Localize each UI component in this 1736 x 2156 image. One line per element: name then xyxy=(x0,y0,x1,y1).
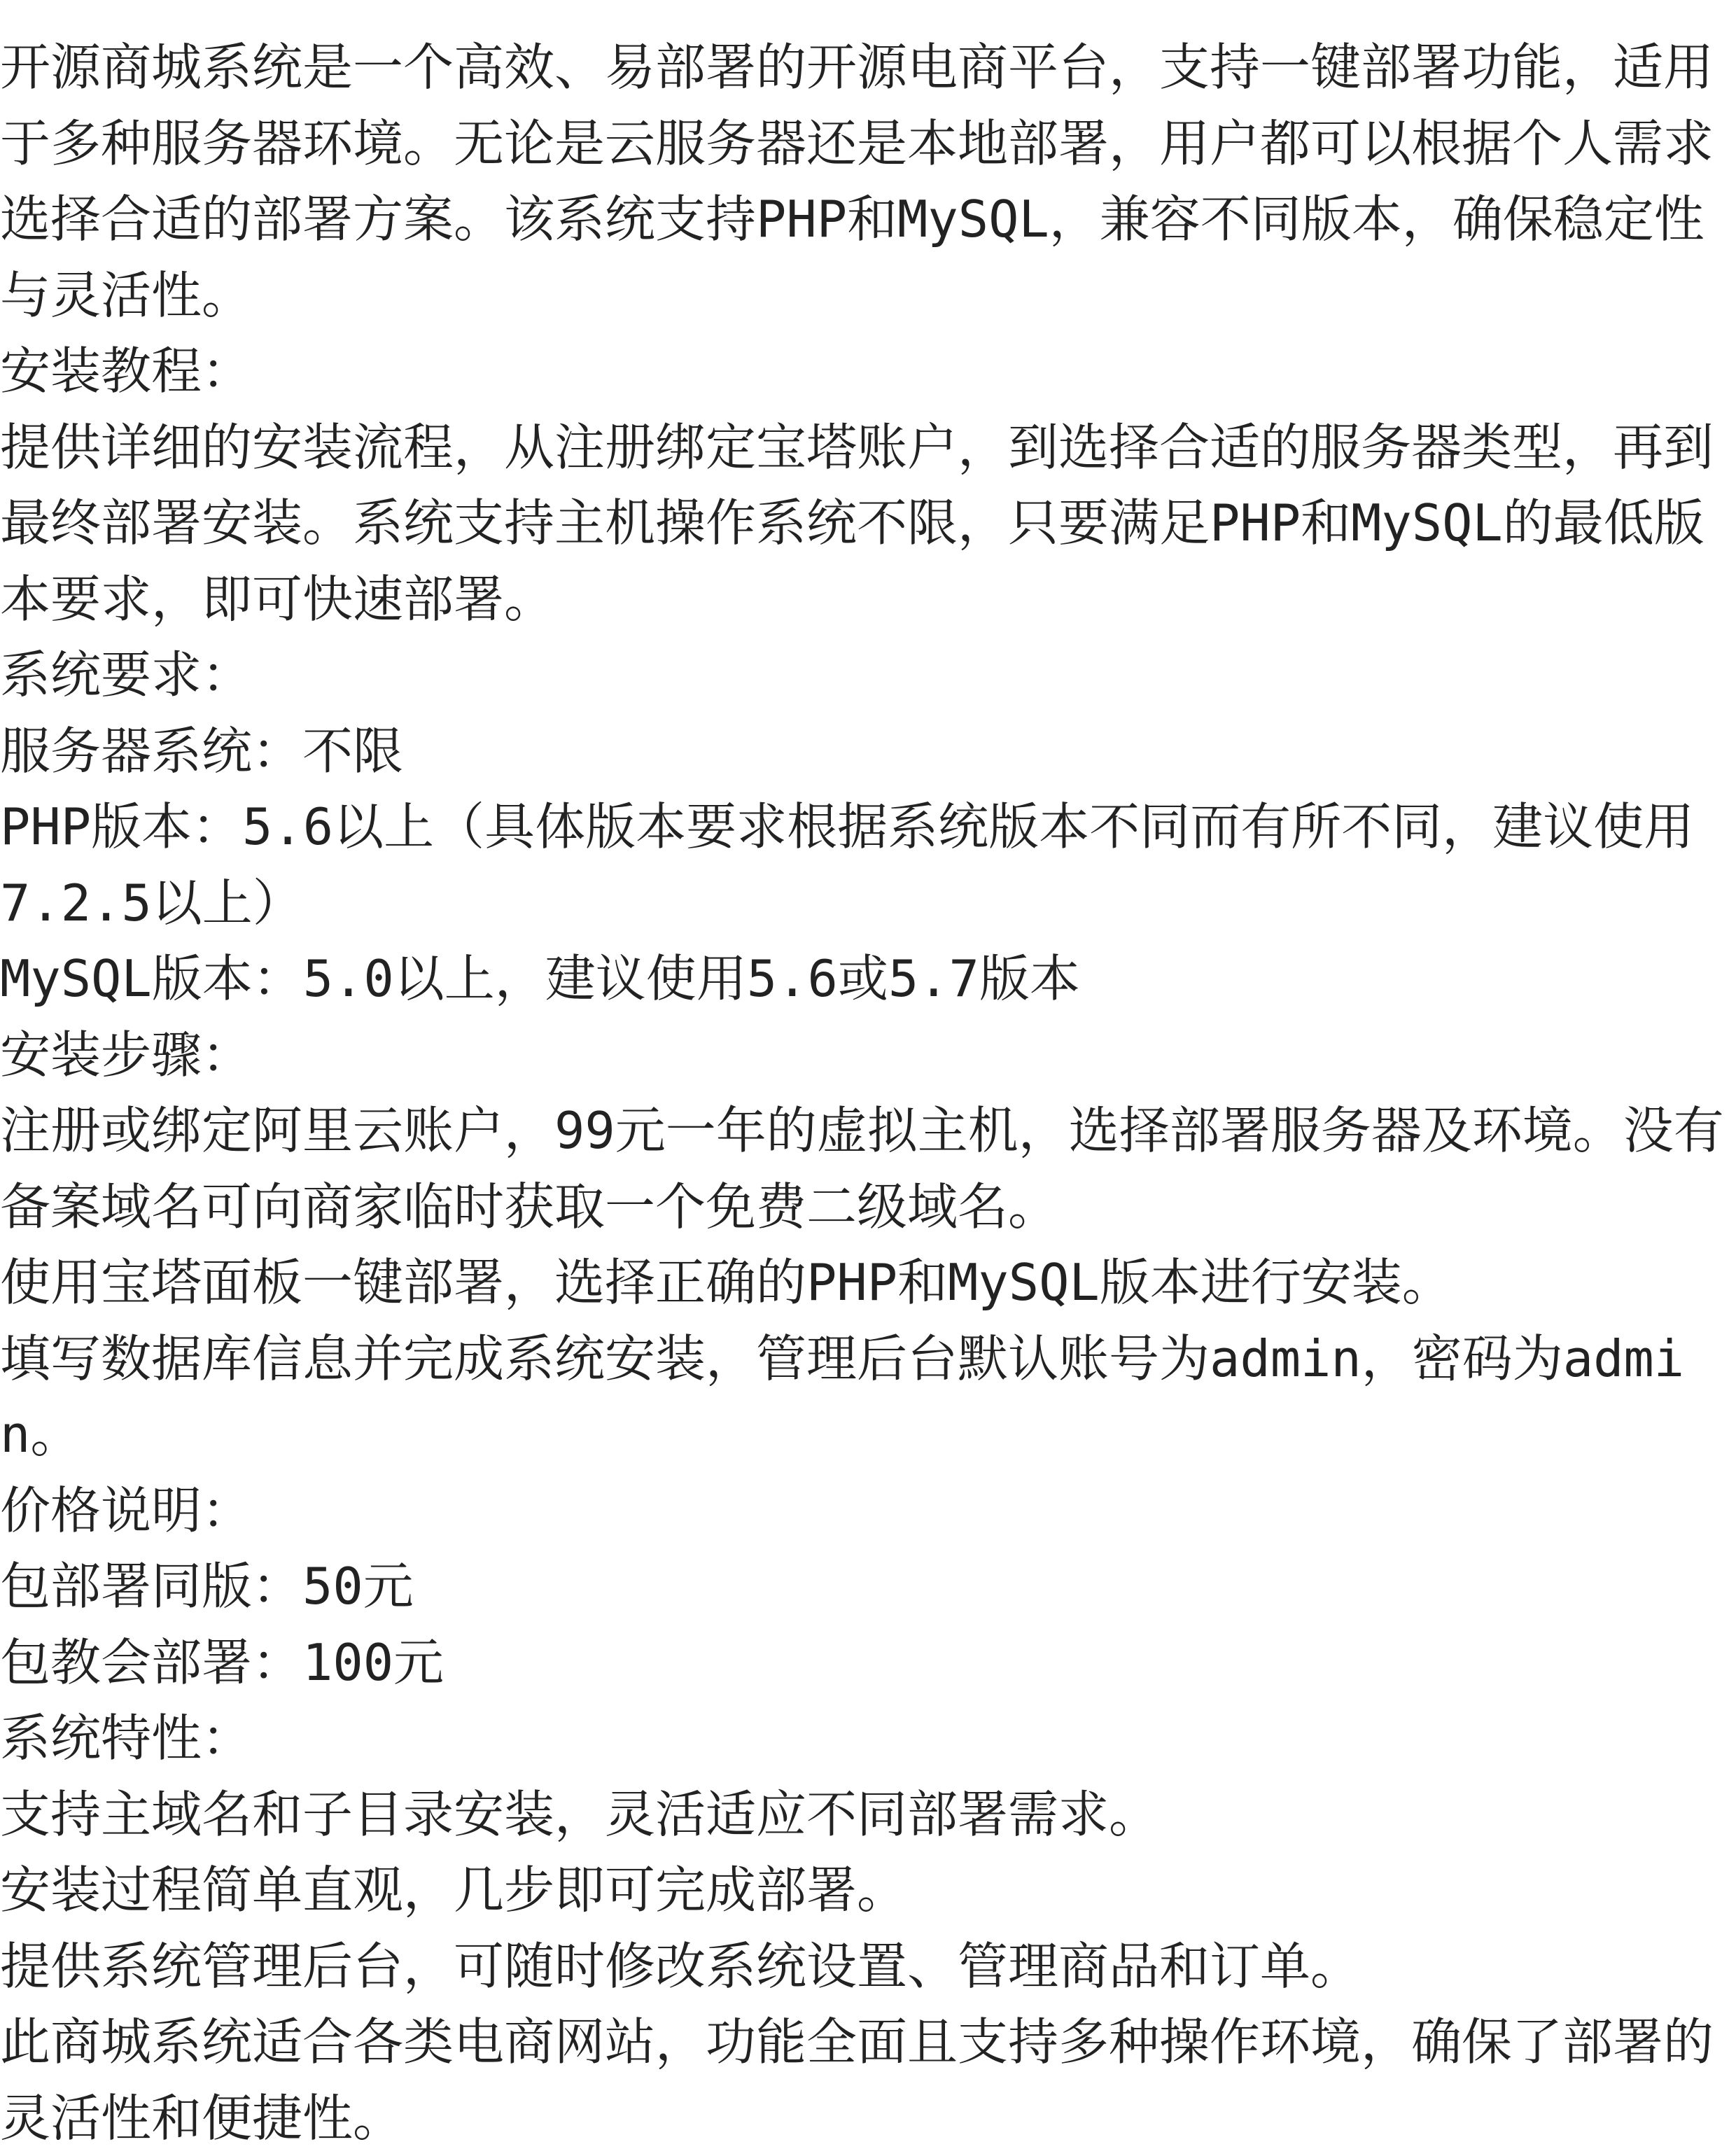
price-deploy: 包部署同版：50元 xyxy=(0,1548,1736,1625)
requirement-mysql-version: MySQL版本：5.0以上，建议使用5.6或5.7版本 xyxy=(0,941,1736,1017)
price-teach-deploy: 包教会部署：100元 xyxy=(0,1625,1736,1701)
document-body: 开源商城系统是一个高效、易部署的开源电商平台，支持一键部署功能，适用于多种服务器… xyxy=(0,29,1736,2097)
section-heading-features: 系统特性： xyxy=(0,1700,1736,1777)
closing-paragraph: 此商城系统适合各类电商网站，功能全面且支持多种操作环境，确保了部署的灵活性和便捷… xyxy=(0,2004,1736,2097)
feature-2: 安装过程简单直观，几步即可完成部署。 xyxy=(0,1852,1736,1928)
requirement-php-version: PHP版本：5.6以上（具体版本要求根据系统版本不同而有所不同，建议使用7.2.… xyxy=(0,789,1736,941)
install-step-1: 注册或绑定阿里云账户，99元一年的虚拟主机，选择部署服务器及环境。没有备案域名可… xyxy=(0,1093,1736,1245)
install-tutorial-paragraph: 提供详细的安装流程，从注册绑定宝塔账户，到选择合适的服务器类型，再到最终部署安装… xyxy=(0,409,1736,638)
section-heading-pricing: 价格说明： xyxy=(0,1473,1736,1549)
install-step-3: 填写数据库信息并完成系统安装，管理后台默认账号为admin，密码为admin。 xyxy=(0,1321,1736,1473)
feature-1: 支持主域名和子目录安装，灵活适应不同部署需求。 xyxy=(0,1777,1736,1853)
section-heading-install-tutorial: 安装教程： xyxy=(0,333,1736,409)
requirement-server-os: 服务器系统：不限 xyxy=(0,713,1736,790)
section-heading-system-requirements: 系统要求： xyxy=(0,637,1736,713)
section-heading-install-steps: 安装步骤： xyxy=(0,1017,1736,1093)
install-step-2: 使用宝塔面板一键部署，选择正确的PHP和MySQL版本进行安装。 xyxy=(0,1245,1736,1321)
intro-paragraph: 开源商城系统是一个高效、易部署的开源电商平台，支持一键部署功能，适用于多种服务器… xyxy=(0,29,1736,333)
feature-3: 提供系统管理后台，可随时修改系统设置、管理商品和订单。 xyxy=(0,1928,1736,2005)
